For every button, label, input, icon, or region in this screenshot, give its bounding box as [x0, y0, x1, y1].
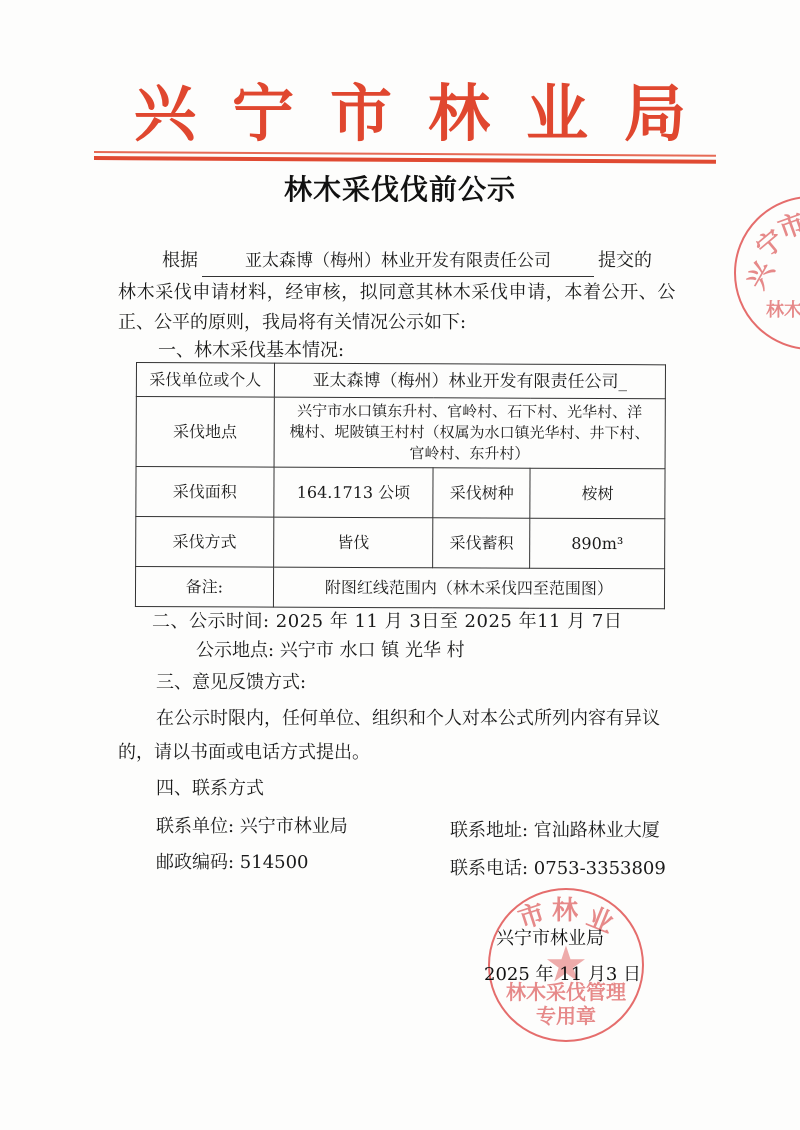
- remark-value: 附图红线范围内（林木采伐四至范围图）: [273, 567, 664, 609]
- intro-suffix: 提交的: [598, 250, 652, 271]
- harvest-info-table: 采伐单位或个人 亚太森博（梅州）林业开发有限责任公司_ 采伐地点 兴宁市水口镇东…: [135, 362, 666, 609]
- document-title: 林木采伐伐前公示: [0, 168, 800, 208]
- section4-heading: 四、联系方式: [156, 774, 264, 800]
- location-label: 采伐地点: [136, 397, 274, 468]
- masthead-char: 林: [424, 64, 494, 153]
- seal-bottom-text: 专用章: [490, 1000, 642, 1029]
- unit-value: 亚太森博（梅州）林业开发有限责任公司_: [274, 363, 665, 399]
- table-row: 采伐地点 兴宁市水口镇东升村、官岭村、石下村、光华村、洋 槐村、坭陂镇王村村（权…: [136, 397, 665, 469]
- masthead-char: 局: [620, 64, 690, 153]
- species-label: 采伐树种: [433, 468, 530, 518]
- edge-seal: 兴 宁 市 林木: [734, 196, 800, 350]
- feedback-line-2: 的，请以书面或电话方式提出。: [118, 738, 370, 764]
- masthead-char: 市: [326, 64, 396, 153]
- signature-org: 兴宁市林业局: [496, 924, 604, 950]
- contact-unit: 联系单位: 兴宁市林业局: [156, 812, 348, 838]
- masthead-char: 业: [522, 64, 592, 153]
- intro-prefix: 根据: [162, 250, 198, 271]
- remark-label: 备注:: [135, 567, 273, 608]
- table-row: 采伐单位或个人 亚太森博（梅州）林业开发有限责任公司_: [136, 363, 665, 399]
- masthead-char: 宁: [228, 64, 298, 153]
- area-value: 164.1713 公顷: [273, 467, 433, 518]
- table-row: 采伐面积 164.1713 公顷 采伐树种 桉树: [136, 467, 665, 519]
- method-label: 采伐方式: [136, 517, 274, 568]
- volume-label: 采伐蓄积: [433, 518, 530, 568]
- notice-place: 公示地点: 兴宁市 水口 镇 光华 村: [196, 636, 465, 662]
- section3-heading: 三、意见反馈方式:: [156, 668, 306, 694]
- location-line: 官岭村、东升村）: [278, 443, 660, 466]
- masthead-title: 兴 宁 市 林 业 局: [130, 68, 690, 148]
- seal-arc-text: 林: [552, 890, 578, 927]
- contact-address: 联系地址: 官汕路林业大厦: [450, 816, 660, 842]
- intro-line-1: 根据亚太森博（梅州）林业开发有限责任公司提交的: [162, 246, 652, 277]
- location-line: 槐村、坭陂镇王村村（权属为水口镇光华村、井下村、: [278, 422, 660, 445]
- postal-code: 邮政编码: 514500: [156, 848, 309, 874]
- section1-heading: 一、林木采伐基本情况:: [158, 336, 344, 362]
- unit-label: 采伐单位或个人: [136, 363, 274, 398]
- contact-phone: 联系电话: 0753-3353809: [450, 854, 666, 880]
- masthead-char: 兴: [130, 64, 200, 153]
- table-row: 采伐方式 皆伐 采伐蓄积 890m³: [136, 517, 665, 569]
- notice-period: 二、公示时间: 2025 年 11 月 3日至 2025 年11 月 7日: [152, 607, 622, 633]
- feedback-line-1: 在公示时限内，任何单位、组织和个人对本公式所列内容有异议: [156, 704, 660, 730]
- seal-arc-text: 林木: [766, 296, 800, 322]
- location-value: 兴宁市水口镇东升村、官岭村、石下村、光华村、洋 槐村、坭陂镇王村村（权属为水口镇…: [274, 397, 666, 469]
- table-row: 备注: 附图红线范围内（林木采伐四至范围图）: [135, 567, 664, 609]
- masthead-rule-thick: [94, 156, 716, 164]
- volume-value: 890m³: [530, 518, 665, 569]
- location-line: 兴宁市水口镇东升村、官岭村、石下村、光华村、洋: [278, 401, 660, 424]
- species-value: 桉树: [530, 468, 665, 519]
- signature-date: 2025 年 11 月3 日: [484, 960, 641, 986]
- applicant-name: 亚太森博（梅州）林业开发有限责任公司: [202, 246, 594, 277]
- area-label: 采伐面积: [136, 467, 274, 518]
- intro-line-3: 正、公平的原则，我局将有关情况公示如下:: [118, 308, 466, 338]
- method-value: 皆伐: [273, 517, 433, 568]
- intro-line-2: 林木采伐申请材料，经审核，拟同意其林木采伐申请，本着公开、公: [118, 278, 676, 308]
